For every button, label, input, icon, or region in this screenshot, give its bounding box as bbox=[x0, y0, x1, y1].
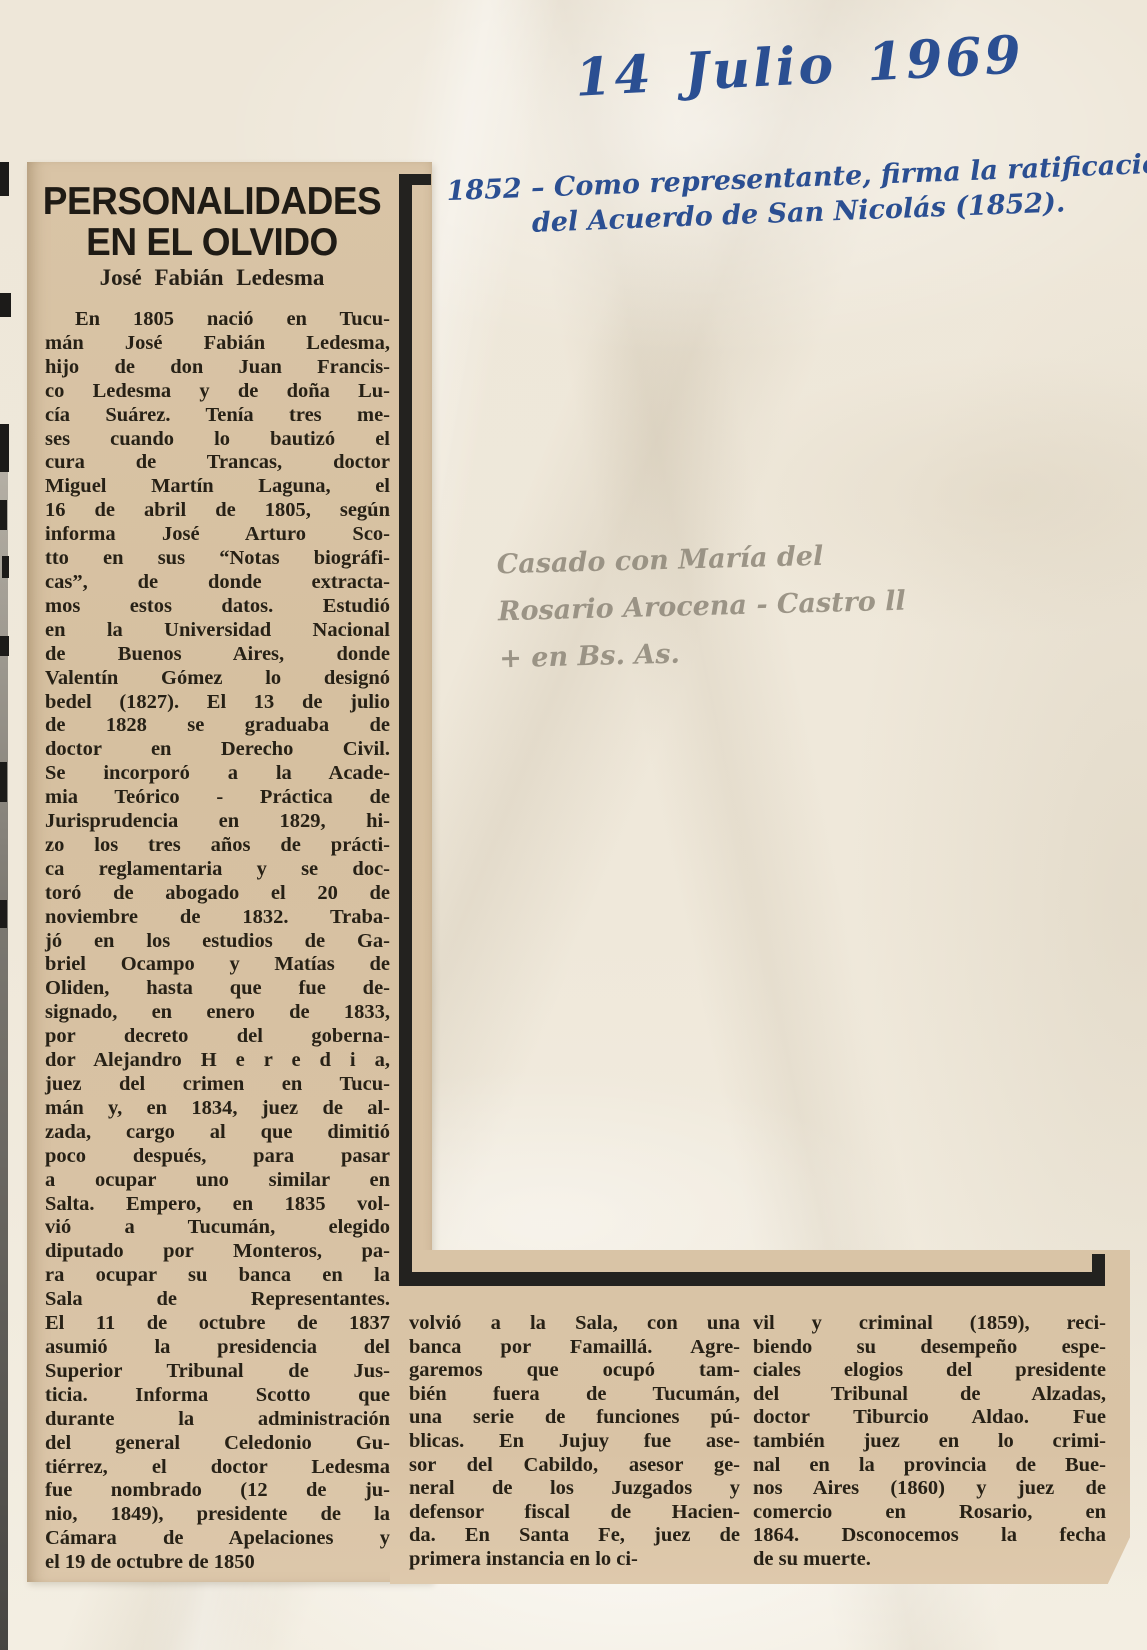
text-line: vil y criminal (1859), reci- bbox=[753, 1312, 1106, 1336]
text-line: Sala de Representantes. bbox=[45, 1288, 390, 1312]
text-line: del Tribunal de Alzadas, bbox=[753, 1383, 1106, 1407]
clipping-rule-vertical bbox=[399, 174, 412, 1282]
text-line: fue nombrado (12 de ju- bbox=[45, 1479, 390, 1503]
text-line: doctor Tiburcio Aldao. Fue bbox=[753, 1406, 1106, 1430]
text-line: Se incorporó a la Acade- bbox=[45, 762, 390, 786]
scan-artifact bbox=[0, 162, 9, 196]
text-line: ses cuando lo bautizó el bbox=[45, 428, 390, 452]
text-line: durante la administración bbox=[45, 1408, 390, 1432]
text-line: Oliden, hasta que fue de- bbox=[45, 977, 390, 1001]
text-line: Jurisprudencia en 1829, hi- bbox=[45, 810, 390, 834]
text-line: zada, cargo al que dimitió bbox=[45, 1121, 390, 1145]
scanned-scrapbook-page: { "colors": { "blue_ink": "#2b4f92", "pe… bbox=[0, 0, 1147, 1650]
scan-artifact bbox=[2, 556, 9, 578]
text-line: ciales elogios del presidente bbox=[753, 1359, 1106, 1383]
text-line: blicas. En Jujuy fue ase- bbox=[409, 1430, 740, 1454]
text-line: de 1828 se graduaba de bbox=[45, 714, 390, 738]
text-line: mán José Fabián Ledesma, bbox=[45, 332, 390, 356]
text-line: El 11 de octubre de 1837 bbox=[45, 1312, 390, 1336]
text-line: mos estos datos. Estudió bbox=[45, 595, 390, 619]
text-line: tto en sus “Notas biográfi- bbox=[45, 547, 390, 571]
text-line: 1864. Dsconocemos la fecha bbox=[753, 1524, 1106, 1548]
text-line: garemos que ocupó tam- bbox=[409, 1359, 740, 1383]
text-line: volvió a la Sala, con una bbox=[409, 1312, 740, 1336]
text-line: de Buenos Aires, donde bbox=[45, 643, 390, 667]
text-line: en la Universidad Nacional bbox=[45, 619, 390, 643]
text-line: banca por Famaillá. Agre- bbox=[409, 1336, 740, 1360]
text-line: cura de Trancas, doctor bbox=[45, 451, 390, 475]
text-line: ra ocupar su banca en la bbox=[45, 1264, 390, 1288]
text-line: bién fuera de Tucumán, bbox=[409, 1383, 740, 1407]
pencil-note-line-3: + en Bs. As. bbox=[499, 625, 908, 683]
text-line: En 1805 nació en Tucu- bbox=[45, 308, 390, 332]
scan-artifact bbox=[0, 900, 7, 928]
clipping-rule-right-hook bbox=[1092, 1254, 1105, 1286]
text-line: Cámara de Apelaciones y bbox=[45, 1527, 390, 1551]
text-line: co Ledesma y de doña Lu- bbox=[45, 380, 390, 404]
scan-artifact bbox=[0, 762, 7, 802]
article-column-right: vil y criminal (1859), reci-biendo su de… bbox=[753, 1312, 1106, 1572]
text-line: bedel (1827). El 13 de julio bbox=[45, 691, 390, 715]
scan-artifact bbox=[0, 636, 9, 656]
scan-artifact bbox=[0, 424, 9, 472]
text-line: a ocupar uno similar en bbox=[45, 1169, 390, 1193]
text-line: asumió la presidencia del bbox=[45, 1336, 390, 1360]
text-line: noviembre de 1832. Traba- bbox=[45, 906, 390, 930]
text-line: del general Celedonio Gu- bbox=[45, 1432, 390, 1456]
text-line: diputado por Monteros, pa- bbox=[45, 1240, 390, 1264]
text-line: nio, 1849), presidente de la bbox=[45, 1503, 390, 1527]
text-line: poco después, para pasar bbox=[45, 1145, 390, 1169]
text-line: briel Ocampo y Matías de bbox=[45, 953, 390, 977]
text-line: hijo de don Juan Francis- bbox=[45, 356, 390, 380]
text-line: biendo su desempeño espe- bbox=[753, 1336, 1106, 1360]
handwritten-pencil-note: Casado con María del Rosario Arocena - C… bbox=[496, 531, 907, 683]
scan-edge-shadow bbox=[0, 430, 8, 1650]
text-line: una serie de funciones pú- bbox=[409, 1406, 740, 1430]
scan-artifact bbox=[0, 500, 7, 530]
text-line: tiérrez, el doctor Ledesma bbox=[45, 1456, 390, 1480]
text-line: neral de los Juzgados y bbox=[409, 1477, 740, 1501]
text-line: nos Aires (1860) y juez de bbox=[753, 1477, 1106, 1501]
text-line: defensor fiscal de Hacien- bbox=[409, 1501, 740, 1525]
text-line: también juez en lo crimi- bbox=[753, 1430, 1106, 1454]
headline-line-1: PERSONALIDADES bbox=[30, 179, 394, 222]
scan-artifact bbox=[0, 293, 11, 317]
text-line: vió a Tucumán, elegido bbox=[45, 1216, 390, 1240]
headline-line-2: EN EL OLVIDO bbox=[30, 220, 394, 263]
text-line: el 19 de octubre de 1850 bbox=[45, 1551, 390, 1575]
text-line: Valentín Gómez lo designó bbox=[45, 667, 390, 691]
text-line: sor del Cabildo, asesor ge- bbox=[409, 1454, 740, 1478]
text-line: juez del crimen en Tucu- bbox=[45, 1073, 390, 1097]
text-line: informa José Arturo Sco- bbox=[45, 523, 390, 547]
byline: José Fabián Ledesma bbox=[30, 265, 394, 291]
article-column-middle: volvió a la Sala, con unabanca por Famai… bbox=[409, 1312, 740, 1572]
text-line: ca reglamentaria y se doc- bbox=[45, 858, 390, 882]
text-line: doctor en Derecho Civil. bbox=[45, 738, 390, 762]
article-column-left: En 1805 nació en Tucu-mán José Fabián Le… bbox=[45, 308, 390, 1575]
text-line: cas”, de donde extracta- bbox=[45, 571, 390, 595]
text-line: por decreto del goberna- bbox=[45, 1025, 390, 1049]
text-line: jó en los estudios de Ga- bbox=[45, 930, 390, 954]
text-line: cía Suárez. Tenía tres me- bbox=[45, 404, 390, 428]
text-line: ticia. Informa Scotto que bbox=[45, 1384, 390, 1408]
text-line: Salta. Empero, en 1835 vol- bbox=[45, 1193, 390, 1217]
text-line: mán y, en 1834, juez de al- bbox=[45, 1097, 390, 1121]
text-line: Superior Tribunal de Jus- bbox=[45, 1360, 390, 1384]
text-line: mia Teórico - Práctica de bbox=[45, 786, 390, 810]
text-line: signado, en enero de 1833, bbox=[45, 1001, 390, 1025]
text-line: comercio en Rosario, en bbox=[753, 1501, 1106, 1525]
clipping-rule-horizontal bbox=[399, 1272, 1105, 1286]
handwritten-date: 14 Julio 1969 bbox=[574, 24, 1025, 108]
text-line: nal en la provincia de Bue- bbox=[753, 1454, 1106, 1478]
text-line: dor Alejandro H e r e d i a, bbox=[45, 1049, 390, 1073]
handwritten-note-1852: 1852 – Como representante, firma la rati… bbox=[446, 146, 1147, 244]
text-line: zo los tres años de prácti- bbox=[45, 834, 390, 858]
text-line: Miguel Martín Laguna, el bbox=[45, 475, 390, 499]
text-line: de su muerte. bbox=[753, 1548, 1106, 1572]
text-line: toró de abogado el 20 de bbox=[45, 882, 390, 906]
text-line: 16 de abril de 1805, según bbox=[45, 499, 390, 523]
text-line: primera instancia en lo ci- bbox=[409, 1548, 740, 1572]
text-line: da. En Santa Fe, juez de bbox=[409, 1524, 740, 1548]
clipping-headline-block: PERSONALIDADES EN EL OLVIDO José Fabián … bbox=[30, 180, 394, 291]
